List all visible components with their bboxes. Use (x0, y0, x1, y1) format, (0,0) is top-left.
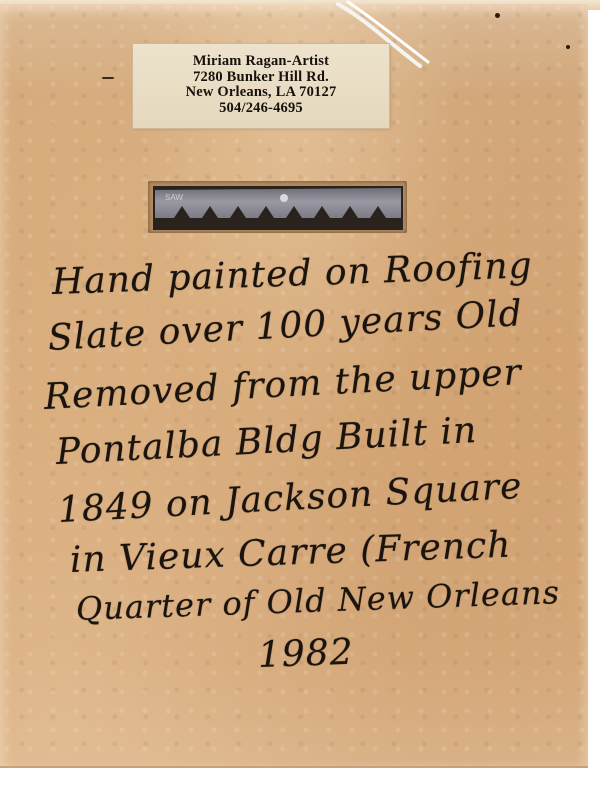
inscription-date: 1982 (257, 632, 354, 676)
handwritten-inscription: Hand painted on Roofing Slate over 100 y… (0, 0, 600, 800)
inscription-line-3: Removed from the upper (43, 352, 523, 418)
inscription-line-1: Hand painted on Roofing (51, 245, 533, 303)
inscription-line-6: in Vieux Carre (French (69, 525, 512, 581)
inscription-line-7: Quarter of Old New Orleans (75, 573, 560, 628)
inscription-line-5: 1849 on Jackson Square (57, 466, 523, 531)
inscription-line-4: Pontalba Bldg Built in (55, 410, 478, 473)
inscription-line-2: Slate over 100 years Old (47, 293, 524, 359)
